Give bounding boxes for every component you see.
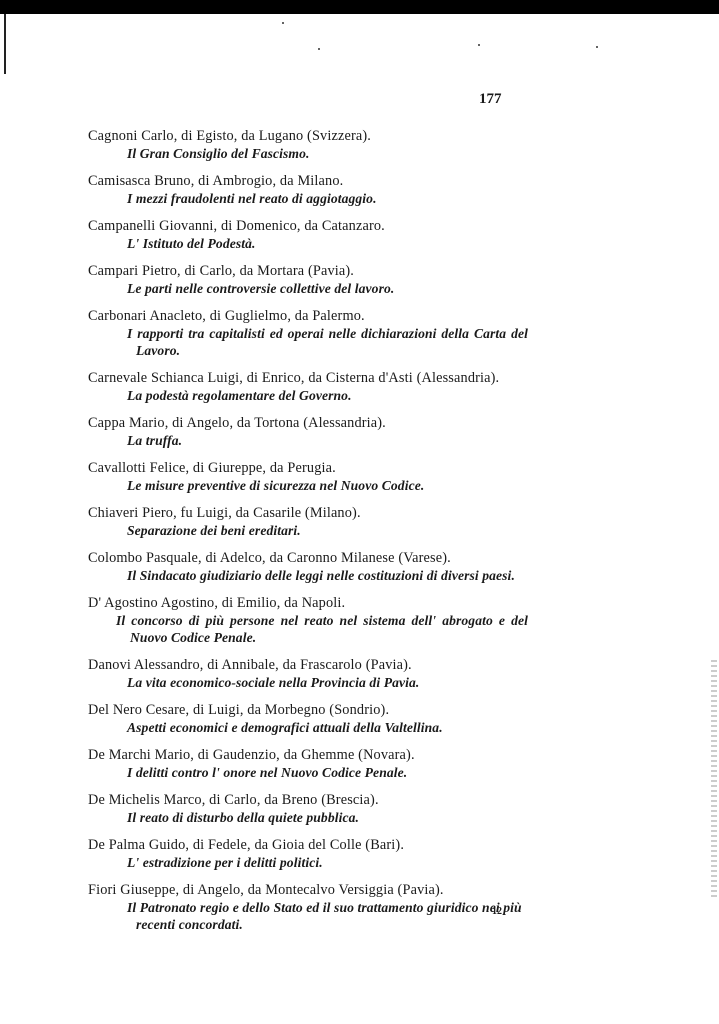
- author-line: De Palma Guido, di Fedele, da Gioia del …: [88, 837, 528, 854]
- list-item: Camisasca Bruno, di Ambrogio, da Milano.…: [88, 173, 528, 207]
- thesis-title: Le parti nelle controversie collettive d…: [88, 280, 528, 297]
- list-item: Campari Pietro, di Carlo, da Mortara (Pa…: [88, 263, 528, 297]
- list-item: Carnevale Schianca Luigi, di Enrico, da …: [88, 370, 528, 404]
- list-item: De Palma Guido, di Fedele, da Gioia del …: [88, 837, 528, 871]
- thesis-title: I rapporti tra capitalisti ed operai nel…: [88, 325, 528, 359]
- scan-top-border: [0, 0, 719, 14]
- author-line: D' Agostino Agostino, di Emilio, da Napo…: [88, 595, 528, 612]
- thesis-title: Il Sindacato giudiziario delle leggi nel…: [88, 567, 528, 584]
- scan-left-edge: [4, 14, 6, 74]
- list-item: De Michelis Marco, di Carlo, da Breno (B…: [88, 792, 528, 826]
- thesis-title: La truffa.: [88, 432, 528, 449]
- list-item: Cagnoni Carlo, di Egisto, da Lugano (Svi…: [88, 128, 528, 162]
- list-item: D' Agostino Agostino, di Emilio, da Napo…: [88, 595, 528, 646]
- author-line: Cagnoni Carlo, di Egisto, da Lugano (Svi…: [88, 128, 528, 145]
- thesis-title: Aspetti economici e demografici attuali …: [88, 719, 528, 736]
- author-line: Del Nero Cesare, di Luigi, da Morbegno (…: [88, 702, 528, 719]
- thesis-title: Le misure preventive di sicurezza nel Nu…: [88, 477, 528, 494]
- author-line: Fiori Giuseppe, di Angelo, da Montecalvo…: [88, 882, 528, 899]
- page-number: 177: [479, 91, 502, 108]
- list-item: De Marchi Mario, di Gaudenzio, da Ghemme…: [88, 747, 528, 781]
- thesis-title: Il reato di disturbo della quiete pubbli…: [88, 809, 528, 826]
- list-item: Del Nero Cesare, di Luigi, da Morbegno (…: [88, 702, 528, 736]
- thesis-title: I mezzi fraudolenti nel reato di aggiota…: [88, 190, 528, 207]
- author-line: Campari Pietro, di Carlo, da Mortara (Pa…: [88, 263, 528, 280]
- author-line: Danovi Alessandro, di Annibale, da Frasc…: [88, 657, 528, 674]
- author-line: Campanelli Giovanni, di Domenico, da Cat…: [88, 218, 528, 235]
- thesis-title: La podestà regolamentare del Governo.: [88, 387, 528, 404]
- list-item: Cavallotti Felice, di Giureppe, da Perug…: [88, 460, 528, 494]
- list-item: Fiori Giuseppe, di Angelo, da Montecalvo…: [88, 882, 528, 933]
- thesis-title: L' Istituto del Podestà.: [88, 235, 528, 252]
- author-line: Camisasca Bruno, di Ambrogio, da Milano.: [88, 173, 528, 190]
- thesis-title: Il concorso di più persone nel reato nel…: [88, 612, 528, 646]
- scan-speck: [318, 48, 320, 50]
- scan-speck: [596, 46, 598, 48]
- author-line: Cappa Mario, di Angelo, da Tortona (Ales…: [88, 415, 528, 432]
- list-item: Danovi Alessandro, di Annibale, da Frasc…: [88, 657, 528, 691]
- author-line: Carnevale Schianca Luigi, di Enrico, da …: [88, 370, 528, 387]
- author-line: De Michelis Marco, di Carlo, da Breno (B…: [88, 792, 528, 809]
- scan-right-edge-noise: [711, 660, 717, 900]
- thesis-title: I delitti contro l' onore nel Nuovo Codi…: [88, 764, 528, 781]
- scan-speck: [478, 44, 480, 46]
- printer-signature-mark: 12: [492, 906, 502, 917]
- author-line: Chiaveri Piero, fu Luigi, da Casarile (M…: [88, 505, 528, 522]
- author-line: Cavallotti Felice, di Giureppe, da Perug…: [88, 460, 528, 477]
- thesis-list: Cagnoni Carlo, di Egisto, da Lugano (Svi…: [88, 128, 528, 944]
- list-item: Campanelli Giovanni, di Domenico, da Cat…: [88, 218, 528, 252]
- list-item: Chiaveri Piero, fu Luigi, da Casarile (M…: [88, 505, 528, 539]
- thesis-title: Il Gran Consiglio del Fascismo.: [88, 145, 528, 162]
- author-line: Colombo Pasquale, di Adelco, da Caronno …: [88, 550, 528, 567]
- list-item: Cappa Mario, di Angelo, da Tortona (Ales…: [88, 415, 528, 449]
- author-line: De Marchi Mario, di Gaudenzio, da Ghemme…: [88, 747, 528, 764]
- scan-speck: [282, 22, 284, 24]
- author-line: Carbonari Anacleto, di Guglielmo, da Pal…: [88, 308, 528, 325]
- list-item: Colombo Pasquale, di Adelco, da Caronno …: [88, 550, 528, 584]
- thesis-title: Il Patronato regio e dello Stato ed il s…: [88, 899, 528, 933]
- list-item: Carbonari Anacleto, di Guglielmo, da Pal…: [88, 308, 528, 359]
- thesis-title: L' estradizione per i delitti politici.: [88, 854, 528, 871]
- thesis-title: La vita economico-sociale nella Provinci…: [88, 674, 528, 691]
- thesis-title: Separazione dei beni ereditari.: [88, 522, 528, 539]
